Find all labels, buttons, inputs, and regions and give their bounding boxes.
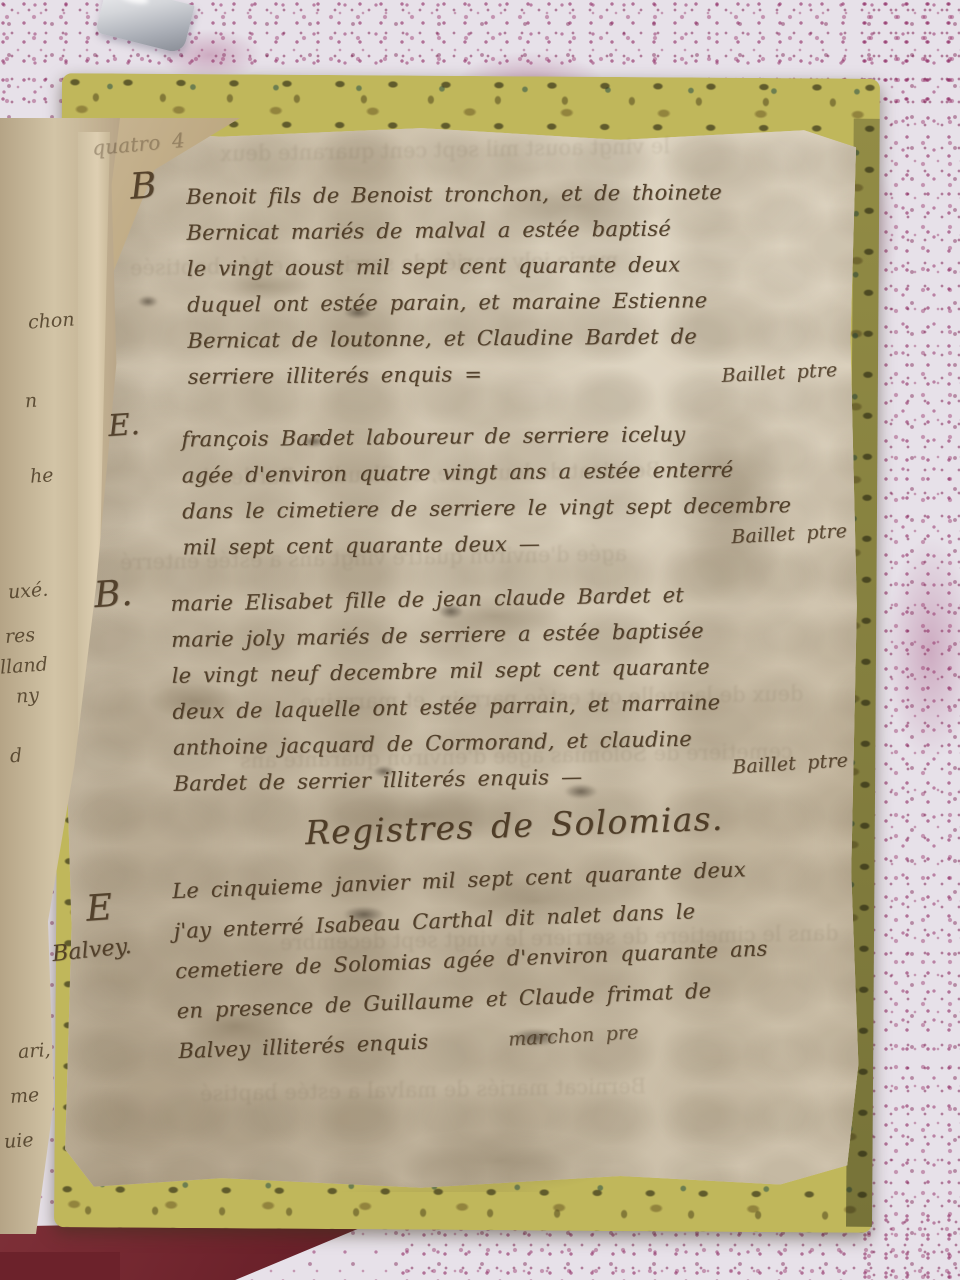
bleed-fragment: res [4,624,36,648]
maroon-cloth-corner [0,1252,120,1280]
entry-line: Bernicat de loutonne, et Claudine Bardet… [187,317,837,359]
bleed-fragment: me [9,1084,40,1108]
bleedthrough-line: Bernicat mariés de malval a estée baptis… [200,1074,647,1106]
entry-baptism-benoit: Benoit fils de Benoist tronchon, et de t… [186,173,838,401]
photograph-of-parish-register: chon n he uxé. res lland ny d ari, me ui… [0,0,960,1280]
ink-stain [240,1166,660,1192]
entry-line: Bernicat mariés de malval a estée baptis… [186,209,836,251]
entry-burial-francois-bardet: françois Bardet laboureur de serriere ic… [181,415,847,564]
bleed-fragment: d [9,745,23,768]
ink-blot [135,294,161,309]
margin-name-balvey: Balvey. [51,934,133,967]
handwriting-layer: le vingt aoust mil sept cent quarante de… [40,126,864,1192]
margin-letter-baptism-2: B. [93,573,134,617]
entry-line-text: Balvey illiterés enquis [178,1022,430,1072]
margin-letter-burial-1: E. [107,407,141,444]
entry-burial-isabeau-carthal: Le cinquieme janvier mil sept cent quara… [171,845,864,1071]
margin-letter-burial-2: E [85,887,114,930]
bleed-fragment: n [24,390,38,413]
entry-baptism-marie-elisabet: marie Elisabet fille de jean claude Bard… [170,574,849,798]
margin-letter-baptism-1: B [129,165,158,208]
priest-signature: marchon pre [507,1012,640,1059]
entry-line: le vingt aoust mil sept cent quarante de… [187,245,837,287]
entry-line: duquel ont estée parain, et maraine Esti… [187,281,837,323]
entry-line: Benoit fils de Benoist tronchon, et de t… [186,173,836,215]
bleed-fragment: uie [3,1129,34,1153]
faint-page-number: quatro 4 [91,128,186,160]
metal-glare [118,0,150,6]
bleedthrough-line: le vingt aoust mil sept cent quarante de… [220,134,670,166]
bleed-fragment: ny [15,684,39,708]
